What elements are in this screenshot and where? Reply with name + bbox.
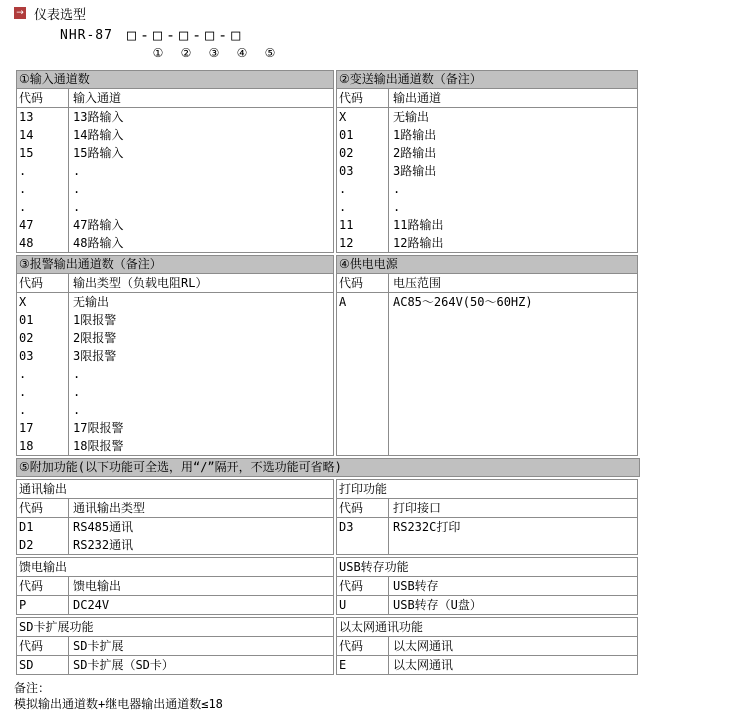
column-header-row: 代码电压范围 [337, 274, 637, 293]
code-cell: 13 [19, 108, 68, 126]
section-body: X010203..1112无输出1路输出2路输出3路输出..11路输出12路输出 [337, 108, 637, 252]
desc-cell: . [73, 365, 333, 383]
position-labels: ①②③④⑤ [144, 46, 731, 62]
desc-cell: 2路输出 [393, 144, 637, 162]
desc-column: DC24V [69, 596, 333, 614]
code-cell: . [19, 198, 68, 216]
desc-cell: 1限报警 [73, 311, 333, 329]
desc-cell: 11路输出 [393, 216, 637, 234]
section-title: ①输入通道数 [17, 71, 333, 89]
section-body: 131415...474813路输入14路输入15路输入...47路输入48路输… [17, 108, 333, 252]
code-column: U [337, 596, 389, 614]
section-band: ③报警输出通道数（备注）代码输出类型（负载电阻RL）X010203...1718… [16, 255, 638, 456]
column-header-row: 代码打印接口 [337, 499, 637, 518]
desc-cell: 3限报警 [73, 347, 333, 365]
section-body: D3RS232C打印 [337, 518, 637, 554]
desc-cell: 14路输入 [73, 126, 333, 144]
column-header-code: 代码 [17, 637, 69, 655]
code-cell: 02 [339, 144, 388, 162]
section-band: SD卡扩展功能代码SD卡扩展SDSD卡扩展（SD卡）以太网通讯功能代码以太网通讯… [16, 617, 638, 675]
column-header-desc: 输出通道 [389, 89, 637, 107]
desc-cell: 13路输入 [73, 108, 333, 126]
column-header-row: 代码USB转存 [337, 577, 637, 596]
model-line: NHR-87 □-□-□-□-□ [60, 26, 731, 44]
desc-cell: 以太网通讯 [393, 656, 637, 674]
note-text: 模拟输出通道数+继电器输出通道数≤18 [14, 696, 731, 712]
desc-cell: RS232C打印 [393, 518, 637, 536]
code-cell: 03 [19, 347, 68, 365]
code-column: D3 [337, 518, 389, 554]
option-section: USB转存功能代码USB转存UUSB转存（U盘） [336, 557, 638, 615]
note-label: 备注： [14, 680, 731, 696]
desc-cell: AC85～264V(50～60HZ) [393, 293, 637, 311]
code-column: 131415...4748 [17, 108, 69, 252]
model-prefix: NHR-87 [60, 28, 113, 43]
column-header-desc: 输出类型（负载电阻RL） [69, 274, 333, 292]
code-cell: 17 [19, 419, 68, 437]
column-header-code: 代码 [17, 499, 69, 517]
option-section: ③报警输出通道数（备注）代码输出类型（负载电阻RL）X010203...1718… [16, 255, 334, 456]
code-cell: 15 [19, 144, 68, 162]
column-header-row: 代码输入通道 [17, 89, 333, 108]
position-label: ① [144, 46, 172, 62]
code-cell: 02 [19, 329, 68, 347]
desc-column: RS485通讯RS232通讯 [69, 518, 333, 554]
desc-column: AC85～264V(50～60HZ) [389, 293, 637, 455]
column-header-desc: 输入通道 [69, 89, 333, 107]
desc-cell: 18限报警 [73, 437, 333, 455]
code-cell: D1 [19, 518, 68, 536]
footer-note: 备注： 模拟输出通道数+继电器输出通道数≤18 [14, 680, 731, 712]
section-body: AAC85～264V(50～60HZ) [337, 293, 637, 455]
desc-cell: 无输出 [393, 108, 637, 126]
code-cell: 11 [339, 216, 388, 234]
desc-cell: 无输出 [73, 293, 333, 311]
column-header-row: 代码通讯输出类型 [17, 499, 333, 518]
column-header-row: 代码以太网通讯 [337, 637, 637, 656]
column-header-code: 代码 [337, 274, 389, 292]
desc-cell: 48路输入 [73, 234, 333, 252]
model-code-boxes: □-□-□-□-□ [127, 26, 244, 44]
option-section: ①输入通道数代码输入通道131415...474813路输入14路输入15路输入… [16, 70, 334, 253]
section-title: ③报警输出通道数（备注） [17, 256, 333, 274]
column-header-row: 代码输出类型（负载电阻RL） [17, 274, 333, 293]
column-header-code: 代码 [337, 577, 389, 595]
section-body: SDSD卡扩展（SD卡） [17, 656, 333, 674]
column-header-desc: 电压范围 [389, 274, 637, 292]
desc-cell: RS232通讯 [73, 536, 333, 554]
column-header-desc: USB转存 [389, 577, 637, 595]
column-header-code: 代码 [17, 89, 69, 107]
desc-cell: . [73, 383, 333, 401]
bullet-arrow-icon: → [14, 7, 26, 19]
section-body: UUSB转存（U盘） [337, 596, 637, 614]
subsection-label: SD卡扩展功能 [17, 618, 333, 637]
desc-cell: 1路输出 [393, 126, 637, 144]
section-band: 馈电输出代码馈电输出PDC24VUSB转存功能代码USB转存UUSB转存（U盘） [16, 557, 638, 615]
code-column: X010203...1718 [17, 293, 69, 455]
desc-column: SD卡扩展（SD卡） [69, 656, 333, 674]
page-title: 仪表选型 [34, 4, 86, 23]
desc-column: 13路输入14路输入15路输入...47路输入48路输入 [69, 108, 333, 252]
code-cell: 14 [19, 126, 68, 144]
code-cell: . [19, 383, 68, 401]
subsection-label: USB转存功能 [337, 558, 637, 577]
desc-cell: 47路输入 [73, 216, 333, 234]
desc-cell: 17限报警 [73, 419, 333, 437]
desc-column: 无输出1路输出2路输出3路输出..11路输出12路输出 [389, 108, 637, 252]
desc-cell: 12路输出 [393, 234, 637, 252]
desc-cell: . [393, 180, 637, 198]
subsection-label: 以太网通讯功能 [337, 618, 637, 637]
column-header-desc: SD卡扩展 [69, 637, 333, 655]
section-band: ①输入通道数代码输入通道131415...474813路输入14路输入15路输入… [16, 70, 638, 253]
code-cell: . [339, 180, 388, 198]
position-label: ④ [228, 46, 256, 62]
section-title: ②变送输出通道数（备注） [337, 71, 637, 89]
code-column: A [337, 293, 389, 455]
column-header-code: 代码 [337, 89, 389, 107]
option-section: 打印功能代码打印接口D3RS232C打印 [336, 479, 638, 555]
section-title: ④供电电源 [337, 256, 637, 274]
subsection-label: 通讯输出 [17, 480, 333, 499]
code-cell: X [339, 108, 388, 126]
code-cell: P [19, 596, 68, 614]
column-header-desc: 馈电输出 [69, 577, 333, 595]
column-header-desc: 打印接口 [389, 499, 637, 517]
code-cell: D2 [19, 536, 68, 554]
desc-cell: RS485通讯 [73, 518, 333, 536]
option-section: SD卡扩展功能代码SD卡扩展SDSD卡扩展（SD卡） [16, 617, 334, 675]
desc-cell: . [73, 401, 333, 419]
code-cell: 47 [19, 216, 68, 234]
option-section: ②变送输出通道数（备注）代码输出通道X010203..1112无输出1路输出2路… [336, 70, 638, 253]
option-section: ④供电电源代码电压范围AAC85～264V(50～60HZ) [336, 255, 638, 456]
section5-title: ⑤附加功能(以下功能可全选，用“/”隔开，不选功能可省略) [16, 458, 640, 477]
code-cell: . [19, 401, 68, 419]
code-cell: D3 [339, 518, 388, 536]
option-section: 以太网通讯功能代码以太网通讯E以太网通讯 [336, 617, 638, 675]
position-label: ⑤ [256, 46, 284, 62]
code-cell: . [19, 180, 68, 198]
desc-cell: SD卡扩展（SD卡） [73, 656, 333, 674]
code-cell: . [19, 365, 68, 383]
desc-cell: 15路输入 [73, 144, 333, 162]
column-header-row: 代码SD卡扩展 [17, 637, 333, 656]
code-cell: U [339, 596, 388, 614]
desc-cell: . [73, 162, 333, 180]
column-header-row: 代码馈电输出 [17, 577, 333, 596]
section-body: D1D2RS485通讯RS232通讯 [17, 518, 333, 554]
code-cell: . [19, 162, 68, 180]
desc-column: 以太网通讯 [389, 656, 637, 674]
desc-cell: . [393, 198, 637, 216]
column-header-desc: 通讯输出类型 [69, 499, 333, 517]
code-cell: X [19, 293, 68, 311]
code-cell: 18 [19, 437, 68, 455]
section-body: X010203...1718无输出1限报警2限报警3限报警...17限报警18限… [17, 293, 333, 455]
position-label: ③ [200, 46, 228, 62]
code-cell: 01 [339, 126, 388, 144]
code-column: D1D2 [17, 518, 69, 554]
code-column: P [17, 596, 69, 614]
column-header-code: 代码 [337, 499, 389, 517]
desc-cell: USB转存（U盘） [393, 596, 637, 614]
desc-cell: DC24V [73, 596, 333, 614]
page: → 仪表选型 NHR-87 □-□-□-□-□ ①②③④⑤ ①输入通道数代码输入… [0, 5, 731, 712]
column-header-code: 代码 [17, 577, 69, 595]
code-column: E [337, 656, 389, 674]
code-cell: . [339, 198, 388, 216]
column-header-code: 代码 [337, 637, 389, 655]
column-header-desc: 以太网通讯 [389, 637, 637, 655]
column-header-code: 代码 [17, 274, 69, 292]
code-cell: 12 [339, 234, 388, 252]
code-column: SD [17, 656, 69, 674]
desc-column: 无输出1限报警2限报警3限报警...17限报警18限报警 [69, 293, 333, 455]
desc-column: RS232C打印 [389, 518, 637, 554]
position-label: ② [172, 46, 200, 62]
code-column: X010203..1112 [337, 108, 389, 252]
desc-cell: 2限报警 [73, 329, 333, 347]
code-cell: 48 [19, 234, 68, 252]
section-body: E以太网通讯 [337, 656, 637, 674]
desc-cell: 3路输出 [393, 162, 637, 180]
desc-cell: . [73, 198, 333, 216]
code-cell: A [339, 293, 388, 311]
section-body: PDC24V [17, 596, 333, 614]
code-cell: E [339, 656, 388, 674]
subsection-label: 打印功能 [337, 480, 637, 499]
option-section: 馈电输出代码馈电输出PDC24V [16, 557, 334, 615]
section-band: 通讯输出代码通讯输出类型D1D2RS485通讯RS232通讯打印功能代码打印接口… [16, 479, 638, 555]
code-cell: SD [19, 656, 68, 674]
desc-cell: . [73, 180, 333, 198]
selection-table: ①输入通道数代码输入通道131415...474813路输入14路输入15路输入… [16, 70, 638, 675]
subsection-label: 馈电输出 [17, 558, 333, 577]
option-section: 通讯输出代码通讯输出类型D1D2RS485通讯RS232通讯 [16, 479, 334, 555]
desc-column: USB转存（U盘） [389, 596, 637, 614]
column-header-row: 代码输出通道 [337, 89, 637, 108]
code-cell: 01 [19, 311, 68, 329]
doc-header: → 仪表选型 [14, 5, 731, 21]
code-cell: 03 [339, 162, 388, 180]
